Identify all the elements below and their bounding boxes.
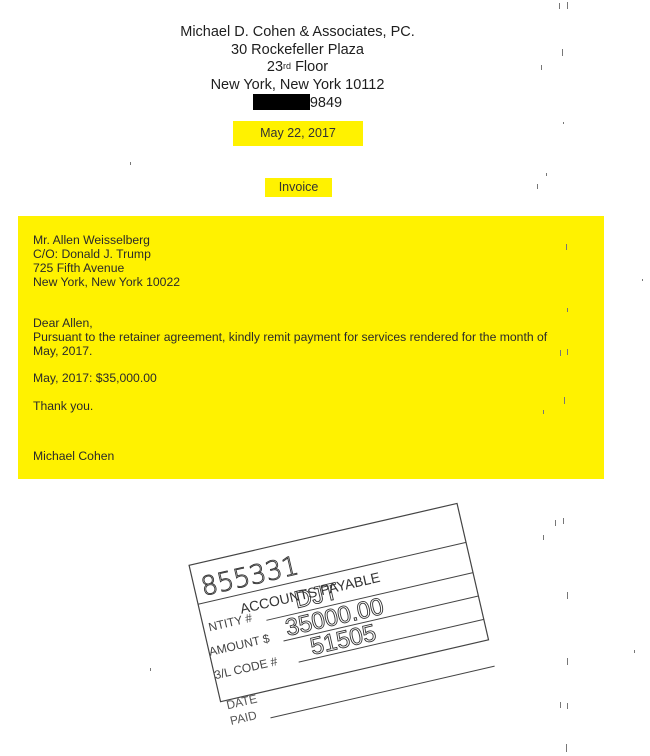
signature: Michael Cohen xyxy=(33,449,114,464)
stamp-title: ACCOUNTS PAYABLE xyxy=(238,569,381,617)
document-type-label: Invoice xyxy=(265,178,332,197)
recipient-name: Mr. Allen Weisselberg xyxy=(33,233,150,248)
date-label: DATE xyxy=(225,692,258,713)
gl-code-value: 51505 xyxy=(308,619,379,660)
letterhead: Michael D. Cohen & Associates, PC. 30 Ro… xyxy=(0,24,595,113)
amount-label: AMOUNT $ xyxy=(208,631,272,659)
paid-label: PAID xyxy=(229,708,259,728)
letter-body: Mr. Allen Weisselberg C/O: Donald J. Tru… xyxy=(18,216,604,479)
voucher-number: 855331 xyxy=(198,551,301,603)
floor-word: Floor xyxy=(295,59,328,75)
firm-name: Michael D. Cohen & Associates, PC. xyxy=(0,24,595,42)
amount-value: 35000.00 xyxy=(283,593,387,642)
floor-number: 23 xyxy=(267,59,283,75)
gl-code-label: 3/L CODE # xyxy=(213,654,279,682)
firm-floor: 23rd Floor xyxy=(0,59,595,77)
entity-label: NTITY # xyxy=(207,611,254,635)
firm-city: New York, New York 10112 xyxy=(0,77,595,95)
salutation: Dear Allen, xyxy=(33,316,93,331)
firm-street: 30 Rockefeller Plaza xyxy=(0,42,595,60)
firm-phone: 9849 xyxy=(0,94,595,113)
recipient-street: 725 Fifth Avenue xyxy=(33,261,124,276)
floor-suffix: rd xyxy=(283,61,291,71)
body-line-1: Pursuant to the retainer agreement, kind… xyxy=(33,330,547,345)
phone-visible-digits: 9849 xyxy=(310,95,342,111)
closing: Thank you. xyxy=(33,399,93,414)
charge-line: May, 2017: $35,000.00 xyxy=(33,371,157,386)
entity-value: DJT xyxy=(292,578,341,614)
recipient-care-of: C/O: Donald J. Trump xyxy=(33,247,151,262)
redaction-bar xyxy=(253,94,310,110)
body-line-2: May, 2017. xyxy=(33,344,92,359)
invoice-date: May 22, 2017 xyxy=(233,121,363,146)
recipient-city: New York, New York 10022 xyxy=(33,275,180,290)
